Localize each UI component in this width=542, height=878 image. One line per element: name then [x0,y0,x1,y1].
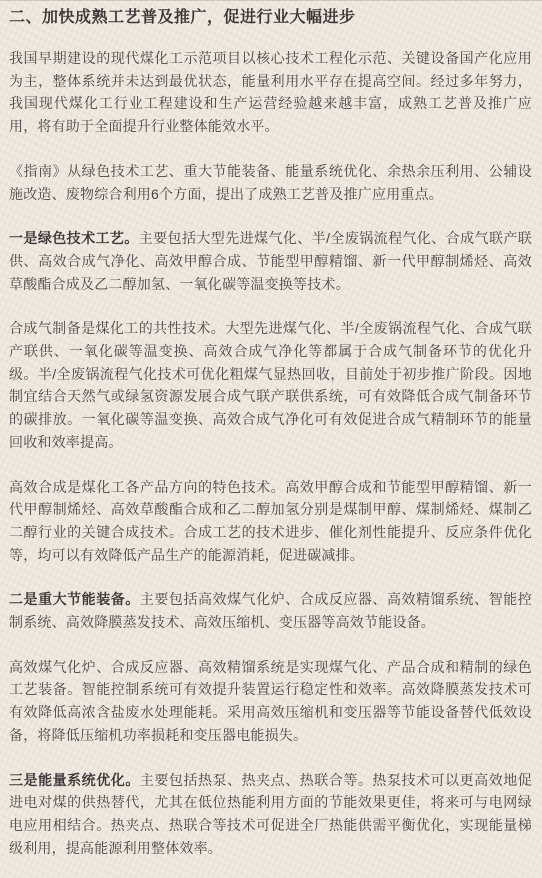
paragraph: 合成气制备是煤化工的共性技术。大型先进煤气化、半/全废锅流程气化、合成气联产联供… [9,317,532,453]
paragraph: 三是能量系统优化。主要包括热泵、热夹点、热联合等。热泵技术可以更高效地促进电对煤… [9,769,532,860]
paragraph-text: 《指南》从绿色技术工艺、重大节能装备、能量系统优化、余热余压利用、公辅设施改造、… [9,163,532,202]
paragraph-text: 合成气制备是煤化工的共性技术。大型先进煤气化、半/全废锅流程气化、合成气联产联供… [9,320,532,450]
paragraph: 一是绿色技术工艺。主要包括大型先进煤气化、半/全废锅流程气化、合成气联产联供、高… [9,227,532,295]
paragraph: 《指南》从绿色技术工艺、重大节能装备、能量系统优化、余热余压利用、公辅设施改造、… [9,160,532,205]
paragraph-text: 高效合成是煤化工各产品方向的特色技术。高效甲醇合成和节能型甲醇精馏、新一代甲醇制… [9,479,532,563]
paragraph-lead: 二是重大节能装备。 [9,591,140,607]
paragraph: 高效煤气化炉、合成反应器、高效精馏系统是实现煤气化、产品合成和精制的绿色工艺装备… [9,656,532,747]
article-heading: 二、加快成熟工艺普及推广，促进行业大幅进步 [9,6,532,30]
paragraph-lead: 三是能量系统优化。 [9,772,140,788]
paragraph-lead: 一是绿色技术工艺。 [9,230,139,246]
article-page: 二、加快成熟工艺普及推广，促进行业大幅进步 我国早期建设的现代煤化工示范项目以核… [0,0,542,878]
paragraph: 我国早期建设的现代煤化工示范项目以核心技术工程化示范、关键设备国产化应用为主，整… [9,47,532,138]
paragraph: 高效合成是煤化工各产品方向的特色技术。高效甲醇合成和节能型甲醇精馏、新一代甲醇制… [9,476,532,567]
paragraph: 二是重大节能装备。主要包括高效煤气化炉、合成反应器、高效精馏系统、智能控制系统、… [9,588,532,633]
paragraph-text: 高效煤气化炉、合成反应器、高效精馏系统是实现煤气化、产品合成和精制的绿色工艺装备… [9,659,532,743]
paragraph-text: 我国早期建设的现代煤化工示范项目以核心技术工程化示范、关键设备国产化应用为主，整… [9,50,532,134]
